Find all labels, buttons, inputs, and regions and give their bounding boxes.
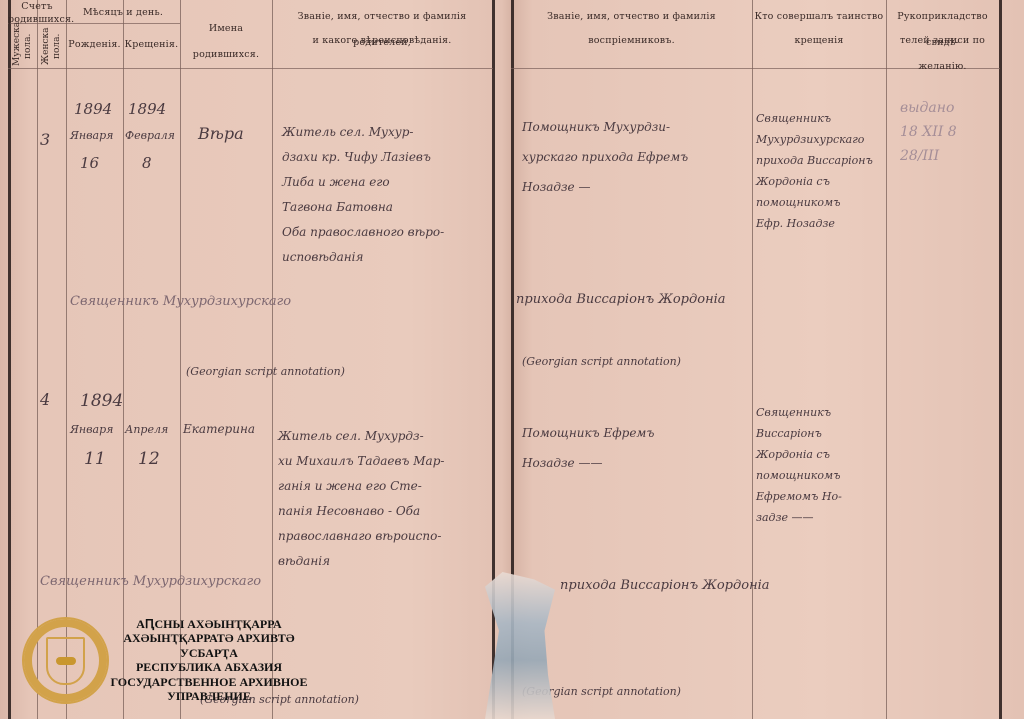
header-male: Мужеска пола. — [12, 26, 34, 66]
entry-3-godparents: Помощникъ Мухурдзи- хурскаго прихода Ефр… — [522, 112, 747, 202]
header-witness-line2: телей записи по желанію. — [886, 28, 999, 80]
left-page-margin-line — [8, 0, 11, 719]
entry-4-birth-year: 1894 — [80, 390, 123, 413]
column-line — [180, 0, 181, 719]
header-month-day: Мѣсяцъ и день. — [66, 0, 180, 26]
entry-3-baptism-year: 1894 — [128, 98, 166, 121]
entry-4-number: 4 — [40, 388, 50, 411]
abkhazia-coat-of-arms-icon — [22, 617, 109, 704]
header-priest-line1: Кто совершалъ таинство — [752, 4, 886, 30]
paper-tear-damage — [485, 572, 555, 719]
entry-3-witness-pencil-note: выдано 18 XII 8 28/III — [900, 96, 998, 168]
header-parents-line2: и какого вѣроисповѣданія. — [272, 28, 492, 54]
stamp-line-1: АԤСНЫ АХӘЫНҬҚАРРА — [104, 617, 314, 631]
header-godparents-line2: воспріемниковъ. — [511, 28, 752, 54]
stamp-line-2: АХӘЫНҬҚАРРАТӘ АРХИВТӘ — [104, 631, 314, 645]
entry-3-birth-day: 16 — [80, 152, 99, 175]
entry-3-footer-georgian-left: (Georgian script annotation) — [186, 360, 345, 383]
entry-3-priest: Священникъ Мухурдзихурскаго прихода Висс… — [756, 108, 886, 234]
column-line — [123, 0, 124, 719]
stamp-line-3: УСБАРҬА — [104, 646, 314, 660]
header-birth: Рожденія. — [66, 32, 123, 58]
entry-3-birth-year: 1894 — [74, 98, 112, 121]
header-godparents-line1: Званіе, имя, отчество и фамилія — [511, 4, 752, 30]
entry-4-footer-right: прихода Виссаріонъ Жордоніа — [560, 574, 770, 597]
entry-3-footer-right: прихода Виссаріонъ Жордоніа — [516, 288, 726, 311]
entry-3-birth-month: Января — [70, 124, 113, 147]
entry-4-birth-month: Января — [70, 418, 113, 441]
column-line — [886, 0, 887, 719]
entry-4-parents: Житель сел. Мухурдз- хи Михаилъ Тадаевъ … — [278, 424, 488, 574]
column-line — [752, 0, 753, 719]
entry-3-child-name: Вѣра — [198, 122, 244, 145]
stamp-line-4: РЕСПУБЛИКА АБХАЗИЯ — [104, 660, 314, 674]
entry-3-number: 3 — [40, 128, 50, 151]
horse-rider-icon — [56, 657, 76, 665]
entry-3-parents: Житель сел. Мухур- дзахи кр. Чифу Лазіев… — [282, 120, 487, 270]
entry-4-priest: Священникъ Виссаріонъ Жордоніа съ помощн… — [756, 402, 886, 528]
column-line — [37, 0, 38, 719]
header-names: Имена родившихся. — [180, 16, 272, 68]
stamp-line-5: ГОСУДАРСТВЕННОЕ АРХИВНОЕ — [104, 675, 314, 689]
header-priest-line2: крещенія — [752, 28, 886, 54]
column-line — [66, 0, 67, 719]
entry-3-baptism-month: Февраля — [125, 124, 175, 147]
header-baptism: Крещенія. — [123, 32, 180, 58]
stamp-line-6: УПРАВЛЕНИЕ — [104, 689, 314, 703]
entry-4-baptism-month: Апреля — [125, 418, 168, 441]
entry-3-footer-left: Священникъ Мухурдзихурскаго — [70, 290, 291, 313]
archive-stamp-text: АԤСНЫ АХӘЫНҬҚАРРА АХӘЫНҬҚАРРАТӘ АРХИВТӘ … — [104, 617, 314, 703]
right-page-right-border — [999, 0, 1002, 719]
entry-4-baptism-day: 12 — [138, 448, 160, 471]
shield-icon — [46, 637, 85, 685]
entry-4-child-name: Екатерина — [183, 418, 255, 441]
entry-3-footer-georgian-right: (Georgian script annotation) — [522, 350, 681, 373]
header-bottom-rule-left — [8, 68, 493, 69]
entry-4-footer-left: Священникъ Мухурдзихурскаго — [40, 570, 261, 593]
entry-3-baptism-day: 8 — [142, 152, 152, 175]
entry-4-birth-day: 11 — [84, 448, 106, 471]
header-female: Женска пола. — [41, 26, 63, 66]
entry-4-godparents: Помощникъ Ефремъ Нозадзе —— — [522, 418, 747, 478]
